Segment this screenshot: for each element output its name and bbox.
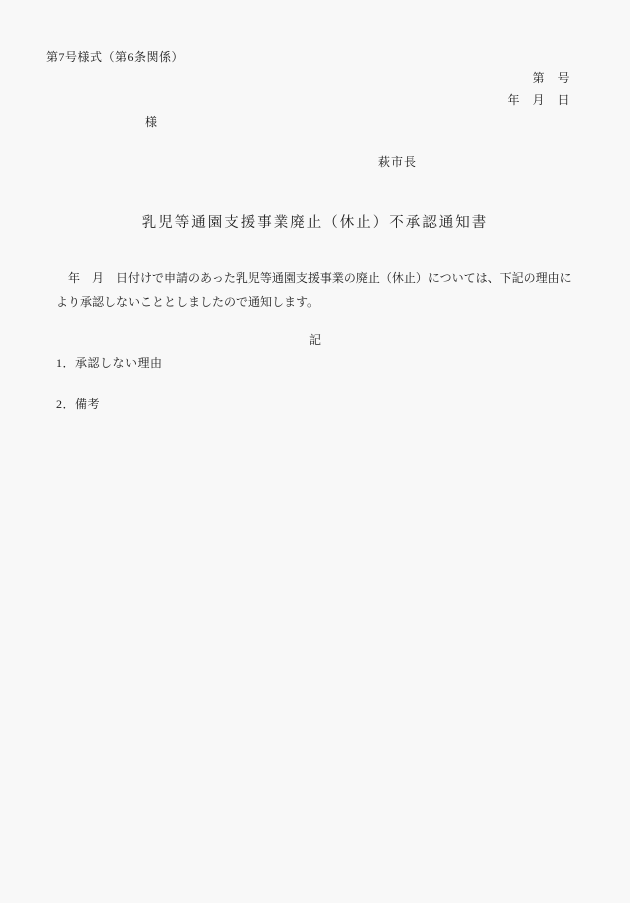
body-paragraph-line-1: 年 月 日付けで申請のあった乳児等通園支援事業の廃止（休止）については、下記の理… <box>56 271 572 285</box>
document-title: 乳児等通園支援事業廃止（休止）不承認通知書 <box>0 215 630 232</box>
body-paragraph-line-2: より承認しないこととしましたので通知します。 <box>56 295 319 309</box>
item-remarks: 2．備考 <box>56 397 100 411</box>
record-marker: 記 <box>0 333 630 347</box>
sender-title: 萩市長 <box>378 155 417 169</box>
document-page: 第7号様式（第6条関係） 第 号 年 月 日 様 萩市長 乳児等通園支援事業廃止… <box>0 0 630 903</box>
item-reason-for-disapproval: 1．承認しない理由 <box>56 356 163 370</box>
addressee-suffix: 様 <box>145 115 157 129</box>
form-number: 第7号様式（第6条関係） <box>46 50 184 64</box>
issue-date-line: 年 月 日 <box>507 93 570 107</box>
document-number-line: 第 号 <box>532 71 570 85</box>
